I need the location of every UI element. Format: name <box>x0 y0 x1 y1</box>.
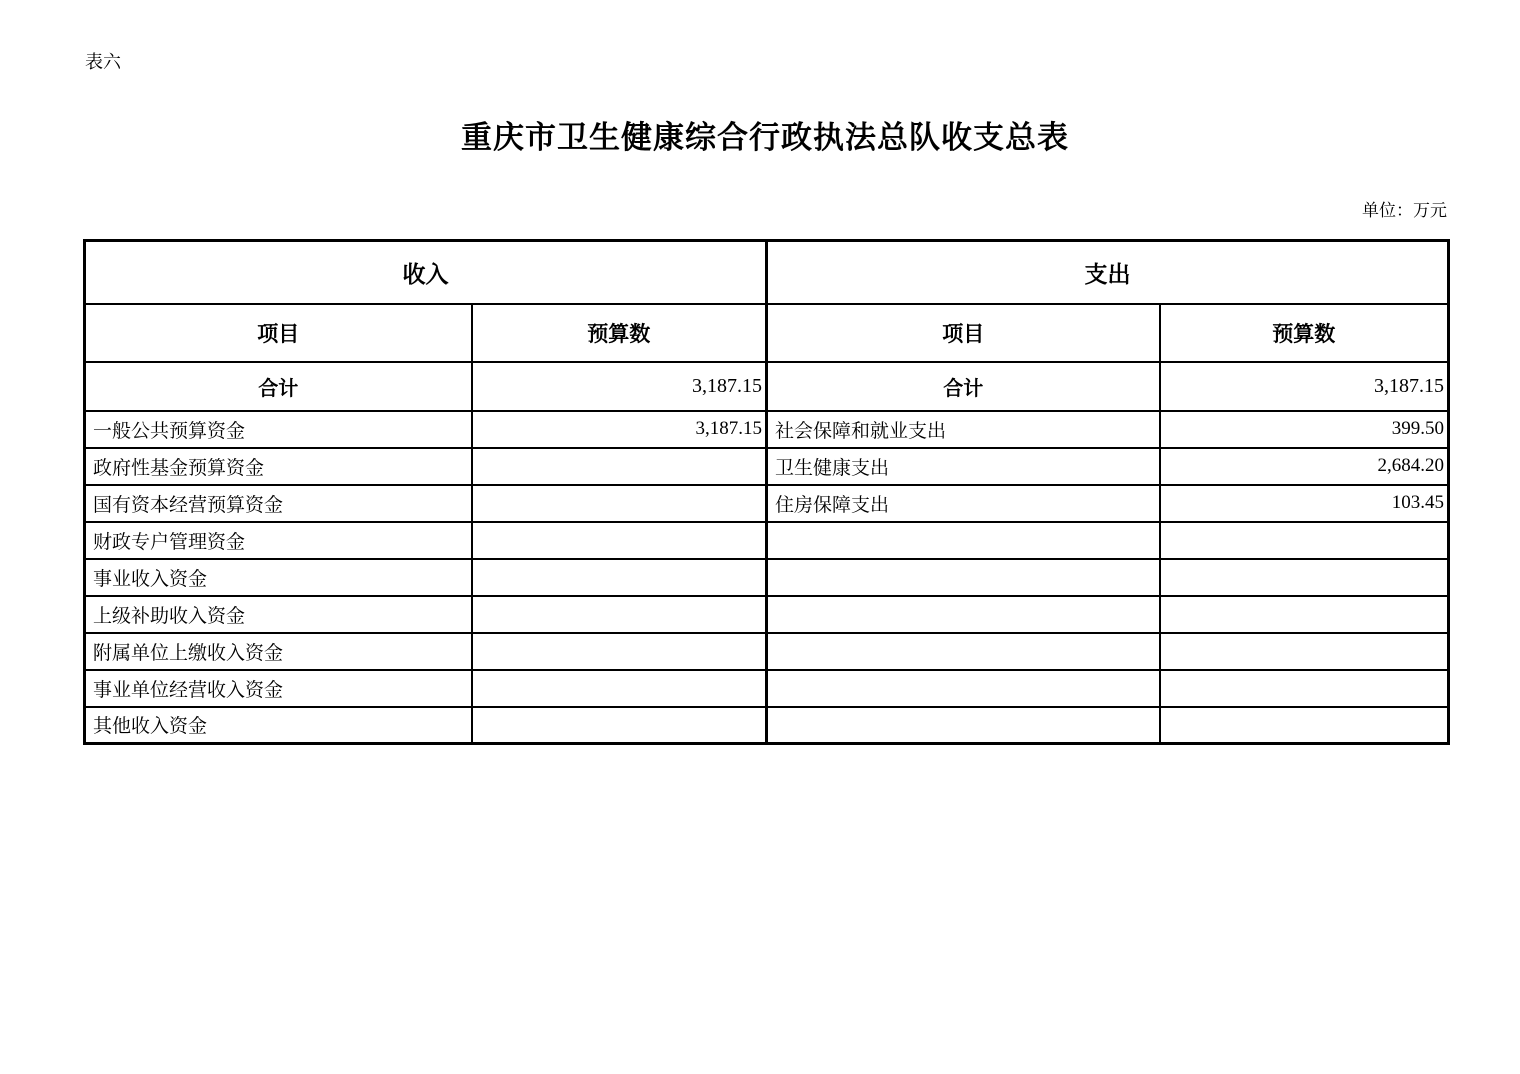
expense-item-cell <box>767 522 1160 559</box>
table-row: 一般公共预算资金 3,187.15 社会保障和就业支出 399.50 <box>85 411 1449 448</box>
income-item-cell: 一般公共预算资金 <box>85 411 472 448</box>
income-total-label: 合计 <box>85 362 472 411</box>
section-header-row: 收入 支出 <box>85 241 1449 304</box>
expense-item-cell <box>767 633 1160 670</box>
income-total-value: 3,187.15 <box>472 362 767 411</box>
table-row: 事业收入资金 <box>85 559 1449 596</box>
table-row: 事业单位经营收入资金 <box>85 670 1449 707</box>
table-number-label: 表六 <box>85 48 121 74</box>
table-row: 其他收入资金 <box>85 707 1449 744</box>
income-item-cell: 国有资本经营预算资金 <box>85 485 472 522</box>
expense-value-cell: 399.50 <box>1160 411 1449 448</box>
table-row: 上级补助收入资金 <box>85 596 1449 633</box>
income-value-cell: 3,187.15 <box>472 411 767 448</box>
income-value-cell <box>472 670 767 707</box>
table-row: 财政专户管理资金 <box>85 522 1449 559</box>
page-title: 重庆市卫生健康综合行政执法总队收支总表 <box>83 112 1447 157</box>
expense-total-label: 合计 <box>767 362 1160 411</box>
expense-item-cell <box>767 596 1160 633</box>
income-item-cell: 上级补助收入资金 <box>85 596 472 633</box>
income-expenditure-table: 收入 支出 项目 预算数 项目 预算数 合计 3,187.15 合计 3,187… <box>83 239 1450 745</box>
income-value-cell <box>472 485 767 522</box>
expense-value-cell <box>1160 559 1449 596</box>
income-value-cell <box>472 707 767 744</box>
income-item-cell: 其他收入资金 <box>85 707 472 744</box>
column-header-row: 项目 预算数 项目 预算数 <box>85 304 1449 362</box>
income-item-cell: 附属单位上缴收入资金 <box>85 633 472 670</box>
income-budget-col-header: 预算数 <box>472 304 767 362</box>
expense-value-cell <box>1160 670 1449 707</box>
expense-item-cell <box>767 670 1160 707</box>
income-value-cell <box>472 559 767 596</box>
income-item-cell: 事业单位经营收入资金 <box>85 670 472 707</box>
income-item-cell: 财政专户管理资金 <box>85 522 472 559</box>
expense-value-cell <box>1160 707 1449 744</box>
expense-value-cell <box>1160 522 1449 559</box>
income-value-cell <box>472 633 767 670</box>
income-value-cell <box>472 596 767 633</box>
expense-item-cell: 卫生健康支出 <box>767 448 1160 485</box>
expense-item-cell <box>767 559 1160 596</box>
income-value-cell <box>472 448 767 485</box>
unit-label: 单位：万元 <box>83 196 1447 221</box>
income-value-cell <box>472 522 767 559</box>
total-row: 合计 3,187.15 合计 3,187.15 <box>85 362 1449 411</box>
document-page: 表六 重庆市卫生健康综合行政执法总队收支总表 单位：万元 收入 支出 项目 预算… <box>0 0 1520 1074</box>
expense-budget-col-header: 预算数 <box>1160 304 1449 362</box>
expense-value-cell <box>1160 596 1449 633</box>
expense-section-header: 支出 <box>767 241 1449 304</box>
expense-item-cell: 社会保障和就业支出 <box>767 411 1160 448</box>
expense-item-col-header: 项目 <box>767 304 1160 362</box>
expense-value-cell: 2,684.20 <box>1160 448 1449 485</box>
expense-value-cell: 103.45 <box>1160 485 1449 522</box>
table-row: 政府性基金预算资金 卫生健康支出 2,684.20 <box>85 448 1449 485</box>
table-row: 附属单位上缴收入资金 <box>85 633 1449 670</box>
table-row: 国有资本经营预算资金 住房保障支出 103.45 <box>85 485 1449 522</box>
income-item-cell: 事业收入资金 <box>85 559 472 596</box>
expense-total-value: 3,187.15 <box>1160 362 1449 411</box>
income-section-header: 收入 <box>85 241 767 304</box>
income-item-cell: 政府性基金预算资金 <box>85 448 472 485</box>
expense-item-cell <box>767 707 1160 744</box>
income-item-col-header: 项目 <box>85 304 472 362</box>
expense-item-cell: 住房保障支出 <box>767 485 1160 522</box>
expense-value-cell <box>1160 633 1449 670</box>
